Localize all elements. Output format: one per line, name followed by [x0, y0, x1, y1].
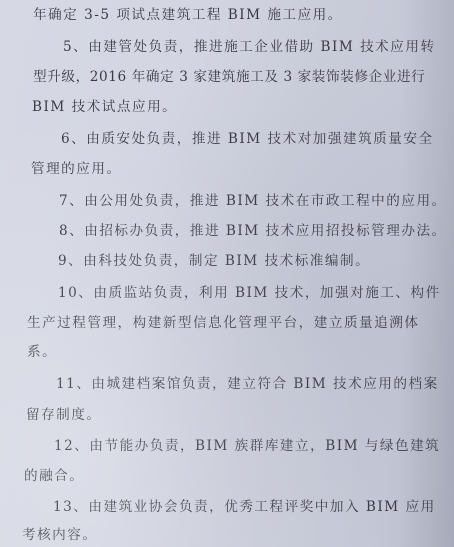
text-line: 考核内容。 — [22, 526, 97, 544]
text-line: 型升级，2016 年确定 3 家建筑施工及 3 家装饰装修企业进行 — [33, 68, 425, 86]
text-line: 9、由科技处负责，制定 BIM 技术标准编制。 — [58, 252, 370, 270]
text-line: 6、由质安处负责，推进 BIM 技术对加强建筑质量安全 — [61, 130, 434, 148]
text-line: BIM 技术试点应用。 — [32, 98, 177, 116]
text-line: 年确定 3-5 项试点建筑工程 BIM 施工应用。 — [33, 6, 343, 24]
text-line: 5、由建管处负责，推进施工企业借助 BIM 技术应用转 — [63, 38, 436, 56]
text-line: 7、由公用处负责，推进 BIM 技术在市政工程中的应用。 — [59, 192, 447, 210]
text-line: 13、由建筑业协会负责，优秀工程评奖中加入 BIM 应用 — [53, 498, 436, 516]
text-line: 8、由招标办负责，推进 BIM 技术应用招投标管理办法。 — [59, 222, 447, 240]
text-line: 生产过程管理，构建新型信息化管理平台，建立质量追溯体 — [27, 314, 419, 332]
text-line: 的融合。 — [24, 467, 84, 485]
text-line: 10、由质监站负责，利用 BIM 技术，加强对施工、构件 — [58, 284, 441, 302]
text-line: 11、由城建档案馆负责，建立符合 BIM 技术应用的档案 — [56, 375, 439, 393]
text-line: 12、由节能办负责，BIM 族群库建立，BIM 与绿色建筑 — [54, 437, 440, 455]
text-line: 系。 — [27, 343, 57, 361]
text-line: 管理的应用。 — [31, 160, 122, 178]
text-line: 留存制度。 — [26, 406, 101, 424]
document-page: 年确定 3-5 项试点建筑工程 BIM 施工应用。 5、由建管处负责，推进施工企… — [0, 0, 454, 547]
